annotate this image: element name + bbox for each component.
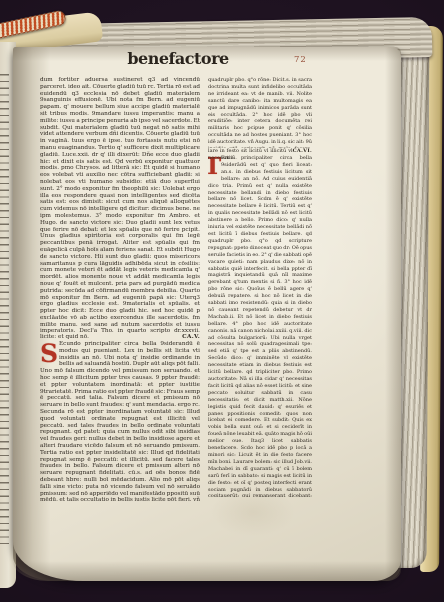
right-chapter-label: CA.VI. — [293, 148, 312, 155]
left-paragraph-2-text: Ecundo principaliter circa bella 9sidera… — [40, 341, 200, 501]
running-title: benefactore — [112, 49, 244, 68]
text-column-left: dum fortiter aduersa sustineret q3 ad vi… — [40, 77, 200, 501]
left-paragraph-1: dum fortiter aduersa sustineret q3 ad vi… — [40, 77, 200, 334]
fore-edge-shadow — [385, 47, 401, 581]
rubricated-initial-s: S — [40, 342, 57, 365]
right-paragraph-1-text: quadruplr pbo. q°o rōne: Dicit.s. in sac… — [208, 77, 312, 148]
right-paragraph-2: T Ertio principaliter circa bella 9sider… — [208, 155, 312, 497]
right-paragraph-1: quadruplr pbo. q°o rōne: Dicit.s. in sac… — [208, 77, 312, 148]
left-chapter-line: licite: et quid nō. — [40, 334, 89, 341]
right-chapter-heading: lare in festo sit licitū vl illicitū vl … — [208, 148, 312, 155]
facing-page-text-lines — [0, 74, 9, 544]
text-column-right: quadruplr pbo. q°o rōne: Dicit.s. in sac… — [208, 77, 312, 501]
left-chapter-heading: licite: et quid nō. CA.V. — [40, 334, 200, 341]
text-block: dum fortiter aduersa sustineret q3 ad vi… — [40, 77, 312, 501]
page-bottom-shadow — [13, 561, 401, 581]
right-paragraph-2-text: Ertio principaliter circa bella 9siderād… — [208, 155, 312, 497]
left-paragraph-1-text: dum fortiter aduersa sustineret q3 ad vi… — [40, 77, 200, 334]
book-photo: benefactore 72 dum fortiter aduersa sust… — [0, 0, 444, 602]
left-chapter-label: CA.V. — [182, 334, 200, 341]
folio-number: 72 — [294, 55, 307, 65]
left-paragraph-2: S Ecundo principaliter circa bella 9side… — [40, 341, 200, 501]
